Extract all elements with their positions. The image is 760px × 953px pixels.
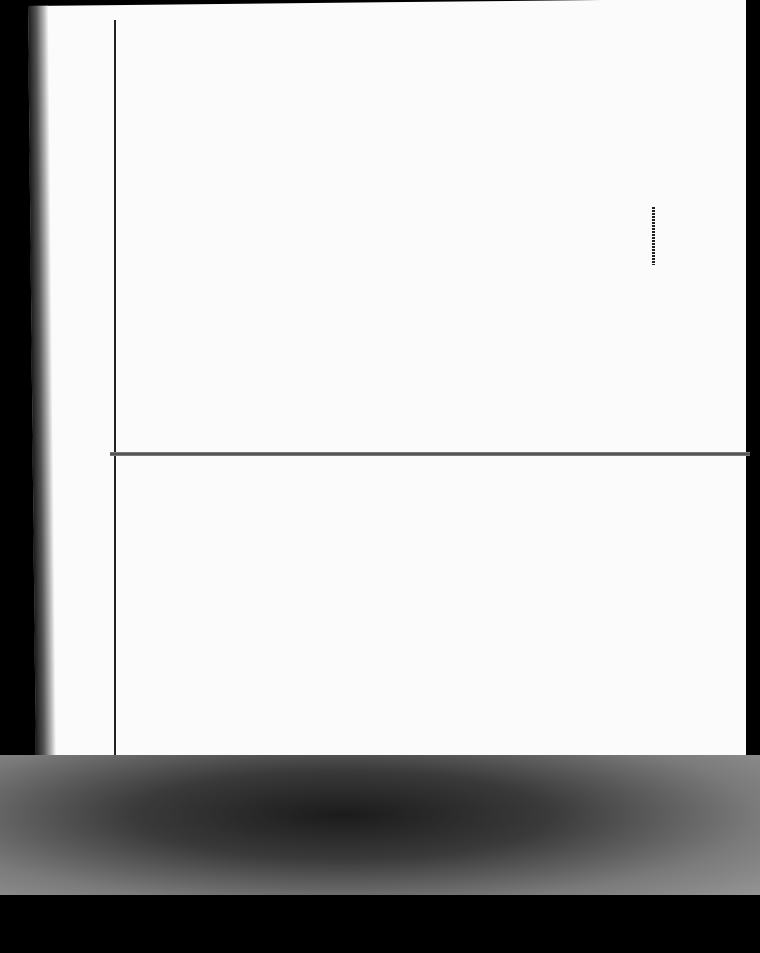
header-divider-rule (110, 452, 750, 456)
stamp-underline (652, 207, 655, 265)
scan-border-bottom (0, 895, 760, 953)
name-column-rule (114, 20, 116, 880)
water-stain (0, 755, 760, 905)
